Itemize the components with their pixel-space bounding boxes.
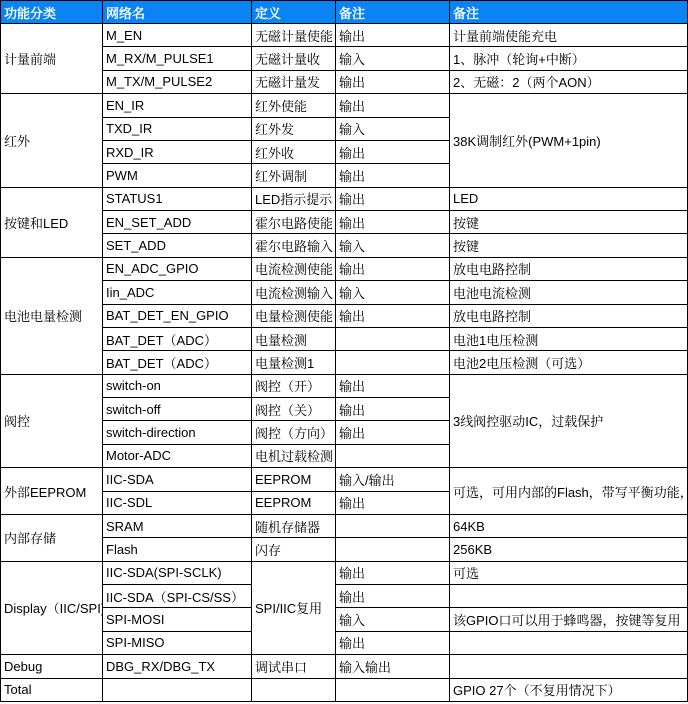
cell-category: 电池电量检测	[1, 257, 103, 374]
cell-io: 输出	[336, 211, 450, 234]
cell-category: 内部存储	[1, 514, 103, 561]
cell-definition: 无磁计量收	[252, 47, 336, 70]
cell-io	[336, 514, 450, 537]
cell-definition: 霍尔电路使能	[252, 211, 336, 234]
cell-note: 该GPIO口可以用于蜂鸣器，按键等复用	[450, 608, 688, 631]
cell-definition: 无磁计量使能	[252, 24, 336, 47]
cell-io: 输出	[336, 374, 450, 397]
table-row: Display（IIC/SPI) IIC-SDA(SPI-SCLK) SPI/I…	[1, 561, 688, 584]
cell-note: 可选	[450, 561, 688, 584]
cell-category: 按键和LED	[1, 187, 103, 257]
cell-definition: 阀控（方向）	[252, 421, 336, 444]
cell-io: 输出	[336, 94, 450, 117]
cell-definition: SPI/IIC复用	[252, 561, 336, 655]
cell-net-name: SPI-MOSI	[103, 608, 252, 631]
cell-note: GPIO 27个（不复用情况下）	[450, 678, 688, 702]
cell-net-name: SPI-MISO	[103, 631, 252, 654]
cell-definition: 红外使能	[252, 94, 336, 117]
cell-net-name: Iin_ADC	[103, 281, 252, 304]
cell-io	[336, 351, 450, 374]
table-row: 电池电量检测 EN_ADC_GPIO 电流检测使能 输出 放电电路控制	[1, 257, 688, 280]
cell-definition: LED指示提示	[252, 187, 336, 210]
cell-definition: 阀控（开）	[252, 374, 336, 397]
cell-note: 按键	[450, 234, 688, 257]
cell-net-name: M_RX/M_PULSE1	[103, 47, 252, 70]
cell-net-name: Motor-ADC	[103, 444, 252, 467]
cell-note: 2、无磁：2（两个AON）	[450, 70, 688, 93]
cell-note: 38K调制红外(PWM+1pin)	[450, 94, 688, 188]
cell-category: Total	[1, 678, 103, 702]
cell-definition	[252, 678, 336, 702]
cell-io: 输出	[336, 24, 450, 47]
cell-net-name: switch-on	[103, 374, 252, 397]
cell-note	[450, 631, 688, 654]
table-row: BAT_DET（ADC） 电量检测1 电池2电压检测（可选）	[1, 351, 688, 374]
cell-io: 输出	[336, 421, 450, 444]
header-io-remark: 备注	[336, 1, 450, 24]
cell-io: 输出	[336, 398, 450, 421]
cell-note: 按键	[450, 211, 688, 234]
cell-net-name: SRAM	[103, 514, 252, 537]
cell-net-name: IIC-SDL	[103, 491, 252, 514]
cell-io: 输出	[336, 187, 450, 210]
cell-definition: 红外收	[252, 140, 336, 163]
table-row: BAT_DET_EN_GPIO 电量检测使能 输出 放电电路控制	[1, 304, 688, 327]
cell-net-name: TXD_IR	[103, 117, 252, 140]
table-row: Debug DBG_RX/DBG_TX 调试串口 输入输出	[1, 655, 688, 678]
cell-note: 256KB	[450, 538, 688, 561]
cell-note: 64KB	[450, 514, 688, 537]
table-row: Iin_ADC 电流检测输入 输入 电池电流检测	[1, 281, 688, 304]
cell-io: 输出	[336, 70, 450, 93]
cell-io: 输出	[336, 257, 450, 280]
cell-net-name: BAT_DET_EN_GPIO	[103, 304, 252, 327]
cell-io: 输入	[336, 117, 450, 140]
table-row: 内部存储 SRAM 随机存储器 64KB	[1, 514, 688, 537]
cell-note: 电池电流检测	[450, 281, 688, 304]
table-row: M_TX/M_PULSE2 无磁计量发 输出 2、无磁：2（两个AON）	[1, 70, 688, 93]
cell-definition: 电流检测使能	[252, 257, 336, 280]
header-definition: 定义	[252, 1, 336, 24]
cell-io: 输出	[336, 304, 450, 327]
cell-io: 输出	[336, 631, 450, 654]
header-row: 功能分类 网络名 定义 备注 备注	[1, 1, 688, 24]
table-row: SPI-MISO 输出	[1, 631, 688, 654]
cell-note: 放电电路控制	[450, 257, 688, 280]
table-row: EN_SET_ADD 霍尔电路使能 输出 按键	[1, 211, 688, 234]
pin-function-table: 功能分类 网络名 定义 备注 备注 计量前端 M_EN 无磁计量使能 输出 计量…	[0, 0, 688, 702]
cell-net-name: DBG_RX/DBG_TX	[103, 655, 252, 678]
cell-definition: 电机过载检测	[252, 444, 336, 467]
table-row: Total GPIO 27个（不复用情况下）	[1, 678, 688, 702]
cell-note: 1、脉冲（轮询+中断）	[450, 47, 688, 70]
cell-category: Debug	[1, 655, 103, 678]
cell-io: 输出	[336, 585, 450, 608]
cell-net-name: switch-direction	[103, 421, 252, 444]
cell-definition: EEPROM	[252, 468, 336, 491]
cell-note: 3线阀控驱动IC，过载保护	[450, 374, 688, 468]
cell-net-name: IIC-SDA（SPI-CS/SS）	[103, 585, 252, 608]
cell-note: 电池1电压检测	[450, 327, 688, 350]
cell-net-name: M_EN	[103, 24, 252, 47]
cell-io: 输出	[336, 140, 450, 163]
table-row: Flash 闪存 256KB	[1, 538, 688, 561]
cell-note: LED	[450, 187, 688, 210]
cell-note	[450, 655, 688, 678]
cell-definition: 无磁计量发	[252, 70, 336, 93]
cell-definition: EEPROM	[252, 491, 336, 514]
cell-net-name: PWM	[103, 164, 252, 187]
cell-category: 红外	[1, 94, 103, 188]
cell-definition: 霍尔电路输入	[252, 234, 336, 257]
table-row: SET_ADD 霍尔电路输入 输入 按键	[1, 234, 688, 257]
cell-definition: 红外调制	[252, 164, 336, 187]
cell-category: 计量前端	[1, 24, 103, 94]
cell-net-name: IIC-SDA	[103, 468, 252, 491]
table-row: 外部EEPROM IIC-SDA EEPROM 输入/输出 可选，可用内部的Fl…	[1, 468, 688, 491]
cell-note: 计量前端使能充电	[450, 24, 688, 47]
cell-net-name: BAT_DET（ADC）	[103, 327, 252, 350]
cell-net-name: SET_ADD	[103, 234, 252, 257]
cell-note: 放电电路控制	[450, 304, 688, 327]
cell-io: 输入	[336, 608, 450, 631]
cell-net-name: BAT_DET（ADC）	[103, 351, 252, 374]
cell-net-name	[103, 678, 252, 702]
header-note-remark: 备注	[450, 1, 688, 24]
cell-net-name: IIC-SDA(SPI-SCLK)	[103, 561, 252, 584]
cell-io	[336, 327, 450, 350]
cell-net-name: M_TX/M_PULSE2	[103, 70, 252, 93]
cell-category: 外部EEPROM	[1, 468, 103, 515]
cell-definition: 随机存储器	[252, 514, 336, 537]
cell-note	[450, 585, 688, 608]
table-row: 按键和LED STATUS1 LED指示提示 输出 LED	[1, 187, 688, 210]
cell-definition: 阀控（关）	[252, 398, 336, 421]
cell-io	[336, 538, 450, 561]
cell-definition: 调试串口	[252, 655, 336, 678]
header-net-name: 网络名	[103, 1, 252, 24]
cell-net-name: RXD_IR	[103, 140, 252, 163]
cell-note: 可选，可用内部的Flash，带写平衡功能，	[450, 468, 688, 515]
cell-definition: 闪存	[252, 538, 336, 561]
cell-net-name: Flash	[103, 538, 252, 561]
cell-net-name: EN_IR	[103, 94, 252, 117]
cell-net-name: STATUS1	[103, 187, 252, 210]
cell-io: 输出	[336, 561, 450, 584]
header-category: 功能分类	[1, 1, 103, 24]
table-row: 阀控 switch-on 阀控（开） 输出 3线阀控驱动IC，过载保护	[1, 374, 688, 397]
table-row: SPI-MOSI 输入 该GPIO口可以用于蜂鸣器，按键等复用	[1, 608, 688, 631]
cell-io	[336, 444, 450, 467]
cell-io	[336, 678, 450, 702]
cell-io: 输入/输出	[336, 468, 450, 491]
table-row: 红外 EN_IR 红外使能 输出 38K调制红外(PWM+1pin)	[1, 94, 688, 117]
cell-io: 输入	[336, 281, 450, 304]
cell-io: 输入	[336, 234, 450, 257]
cell-net-name: EN_ADC_GPIO	[103, 257, 252, 280]
cell-definition: 红外发	[252, 117, 336, 140]
table-row: BAT_DET（ADC） 电量检测 电池1电压检测	[1, 327, 688, 350]
cell-definition: 电流检测输入	[252, 281, 336, 304]
table-row: 计量前端 M_EN 无磁计量使能 输出 计量前端使能充电	[1, 24, 688, 47]
cell-net-name: EN_SET_ADD	[103, 211, 252, 234]
cell-category: Display（IIC/SPI)	[1, 561, 103, 655]
cell-category: 阀控	[1, 374, 103, 468]
cell-io: 输入输出	[336, 655, 450, 678]
cell-definition: 电量检测1	[252, 351, 336, 374]
table-row: IIC-SDA（SPI-CS/SS） 输出	[1, 585, 688, 608]
cell-io: 输出	[336, 164, 450, 187]
table-row: M_RX/M_PULSE1 无磁计量收 输入 1、脉冲（轮询+中断）	[1, 47, 688, 70]
cell-note: 电池2电压检测（可选）	[450, 351, 688, 374]
cell-io: 输出	[336, 491, 450, 514]
cell-definition: 电量检测使能	[252, 304, 336, 327]
cell-definition: 电量检测	[252, 327, 336, 350]
cell-net-name: switch-off	[103, 398, 252, 421]
cell-io: 输入	[336, 47, 450, 70]
